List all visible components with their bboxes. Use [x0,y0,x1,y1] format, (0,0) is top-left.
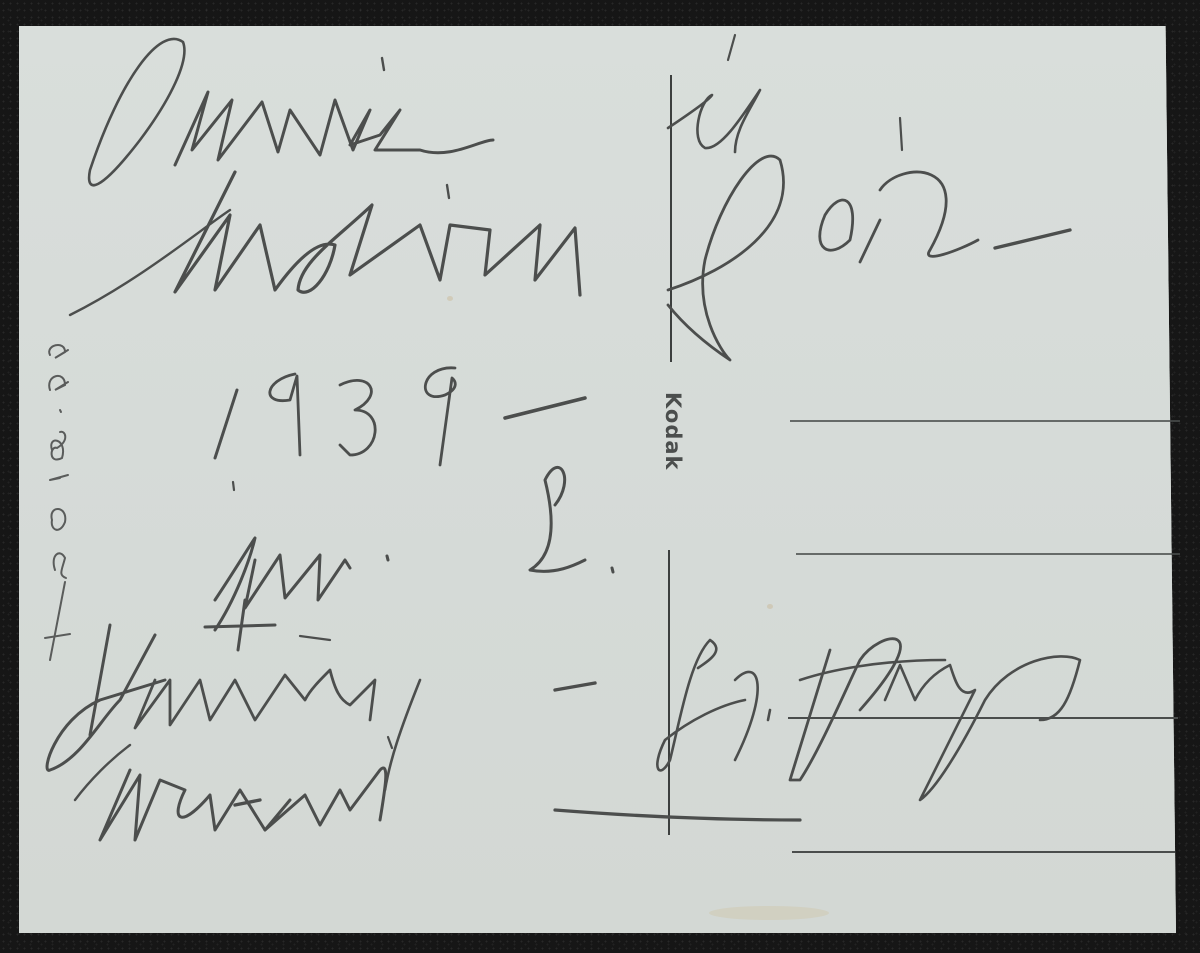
printed-divider-top [670,75,672,362]
handwriting-marion: Marion [140,180,506,297]
address-line-1 [790,420,1180,422]
handwriting-year: 1939- [210,360,441,453]
stain-edge [709,906,829,920]
handwriting-place-2: mar-nál [100,740,453,845]
kodak-brand-text: Kodak [661,392,685,471]
archive-number: F2018.55 [42,495,72,665]
handwriting-gab: Gáb- [690,160,927,277]
handwriting-annuska: Annuska [90,40,571,168]
handwriting-es: és [690,80,756,150]
handwriting-place: Hunsvolay- [40,620,549,725]
address-line-3 [788,717,1178,719]
handwriting-signature: gr. Hoyos [640,600,1072,705]
address-line-2 [796,553,1180,555]
handwriting-date: jún. 2. [200,500,487,605]
address-line-4 [792,851,1175,853]
